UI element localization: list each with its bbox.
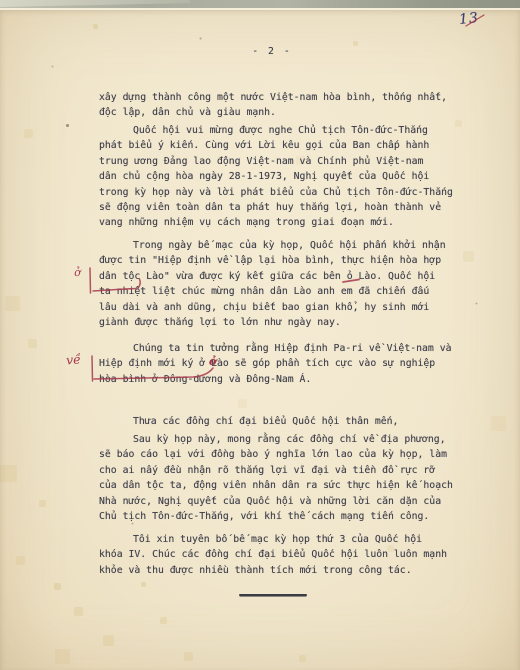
- margin-bracket-1: [90, 268, 91, 293]
- document-photo: 13 - 2 - xây dựng thành công một nước Vi…: [0, 0, 520, 670]
- margin-bracket-2: [92, 356, 93, 381]
- red-pen-strokes: [0, 0, 520, 670]
- underline-hiep-dinh-moi-ky: [94, 368, 213, 379]
- corner-number-strike: [466, 15, 484, 26]
- insert-caret-1: [138, 279, 140, 288]
- strikethrough-typo: [343, 280, 359, 283]
- underline-dan-toc: [93, 289, 136, 292]
